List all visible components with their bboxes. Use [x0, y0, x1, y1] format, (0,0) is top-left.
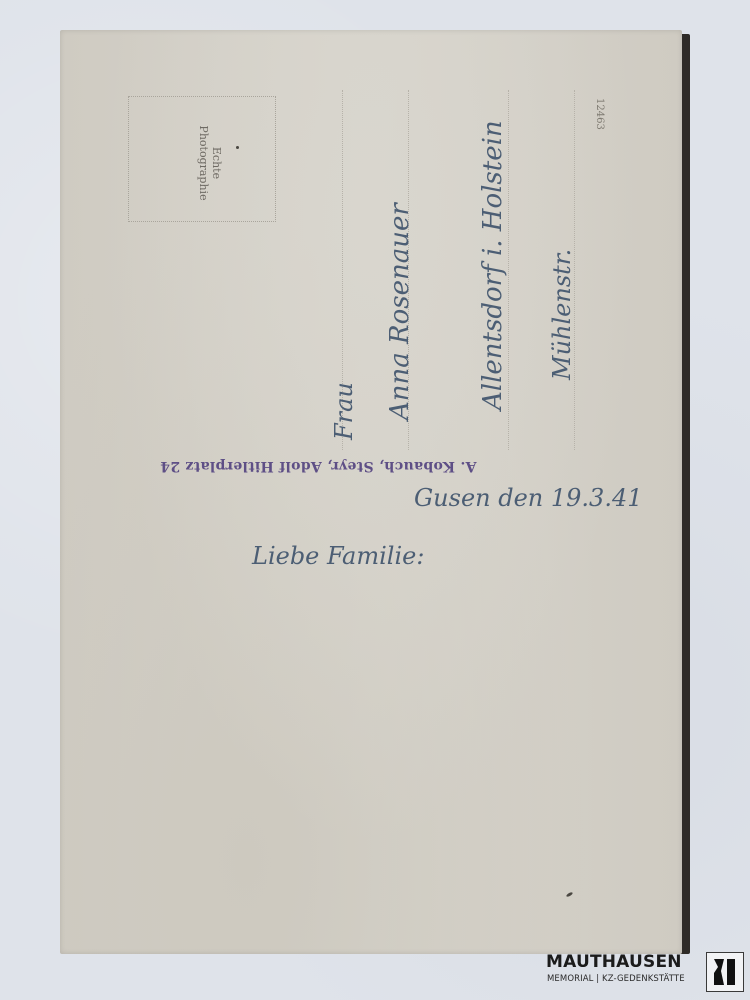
- publisher-stamp: A. Kobauch, Steyr, Adolf Hitlerplatz 24: [160, 458, 477, 474]
- stamp-box-label-line2: Photographie: [197, 125, 210, 200]
- address-line4-text: Mühlenstr.: [548, 249, 576, 380]
- stamp-box-label-line1: Echte: [210, 147, 223, 179]
- ink-dot: [236, 146, 239, 149]
- mauthausen-memorial-logo: MAUTHAUSEN MEMORIAL | KZ-GEDENKSTÄTTE: [546, 950, 746, 996]
- address-line3-text: Allentsdorf i. Holstein: [478, 120, 508, 410]
- stamp-box-label: Echte Photographie: [165, 133, 255, 193]
- address-line2-text: Anna Rosenauer: [385, 203, 415, 420]
- logo-m-icon: [706, 952, 744, 992]
- logo-title: MAUTHAUSEN: [546, 952, 682, 972]
- greeting: Liebe Familie:: [252, 542, 424, 570]
- address-line-3: [508, 90, 509, 450]
- logo-subtitle: MEMORIAL | KZ-GEDENKSTÄTTE: [547, 974, 685, 984]
- serial-number: 12463: [594, 98, 605, 130]
- address-line1-text: Frau: [330, 382, 358, 440]
- place-date: Gusen den 19.3.41: [414, 484, 643, 512]
